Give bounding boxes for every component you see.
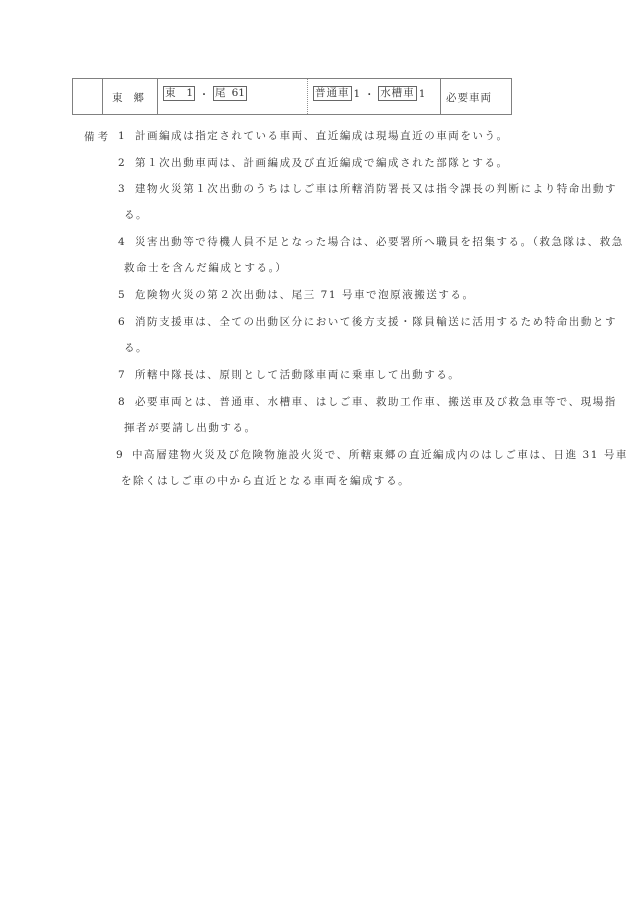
note-number: 3 (118, 182, 125, 196)
vehicle-assignment-table: 東郷 東 1 ・ 尾 61 普通車 1 ・ 水槽車 1 (72, 78, 512, 115)
unit-name: 東 (165, 86, 176, 101)
note-number: 9 (116, 448, 123, 462)
note-text: 災害出動等で待機人員不足となった場合は、必要署所へ職員を招集する。（救急隊は、救… (135, 235, 624, 249)
note-text-continuation: を除くはしご車の中から直近となる車両を編成する。 (121, 474, 410, 488)
station-name: 東郷 (112, 90, 155, 105)
note-number: 2 (118, 156, 125, 170)
unit-box-east-1: 東 1 (163, 86, 195, 101)
unit-number: 1 (186, 86, 193, 101)
note-number: 5 (118, 288, 125, 302)
table-cell-blank (73, 79, 103, 114)
unit-box-ordinary-vehicle: 普通車 (313, 86, 352, 101)
table-cell-station: 東郷 (103, 79, 158, 114)
note-number: 8 (118, 395, 125, 409)
note-text-continuation: る。 (124, 341, 148, 355)
required-vehicles-text: 必要車両 (446, 90, 492, 105)
unit-count: 1 (354, 88, 361, 100)
note-number: 6 (118, 315, 125, 329)
note-number: 1 (118, 129, 125, 143)
note-text: 危険物火災の第２次出動は、尾三 71 号車で泡原液搬送する。 (135, 288, 475, 302)
note-text: 計画編成は指定されている車両、直近編成は現場直近の車両をいう。 (135, 129, 509, 143)
note-text-continuation: 揮者が要請し出動する。 (124, 421, 257, 435)
table-cell-nearest-units: 普通車 1 ・ 水槽車 1 (308, 79, 441, 114)
unit-box-o-61: 尾 61 (213, 86, 247, 101)
unit-separator: ・ (364, 86, 374, 101)
table-cell-planned-units: 東 1 ・ 尾 61 (158, 79, 308, 114)
notes-label: 備考 (84, 129, 111, 144)
note-text: 所轄中隊長は、原則として活動隊車両に乗車して出動する。 (135, 368, 460, 382)
note-text-continuation: る。 (124, 208, 148, 222)
note-text: 必要車両とは、普通車、水槽車、はしご車、救助工作車、搬送車及び救急車等で、現場指 (135, 395, 617, 409)
document-page: 東郷 東 1 ・ 尾 61 普通車 1 ・ 水槽車 1 (0, 0, 630, 903)
note-text: 第１次出動車両は、計画編成及び直近編成で編成された部隊とする。 (135, 156, 509, 170)
note-number: 7 (118, 368, 125, 382)
planned-units: 東 1 ・ 尾 61 (163, 86, 247, 101)
unit-separator: ・ (199, 86, 209, 101)
note-text-continuation: 救命士を含んだ編成とする。） (124, 261, 287, 275)
note-text: 中高層建物火災及び危険物施設火災で、所轄東郷の直近編成内のはしご車は、日進 31… (132, 448, 628, 462)
unit-number: 61 (232, 86, 245, 101)
unit-box-water-tank-vehicle: 水槽車 (378, 86, 417, 101)
nearest-units: 普通車 1 ・ 水槽車 1 (313, 86, 425, 101)
note-number: 4 (118, 235, 125, 249)
unit-count: 1 (419, 88, 426, 100)
unit-name: 尾 (215, 86, 226, 101)
table-cell-required: 必要車両 (441, 79, 511, 114)
note-text: 消防支援車は、全ての出動区分において後方支援・隊員輸送に活用するため特命出動とす (135, 315, 617, 329)
note-text: 建物火災第１次出動のうちはしご車は所轄消防署長又は指令課長の判断により特命出動す (135, 182, 617, 196)
